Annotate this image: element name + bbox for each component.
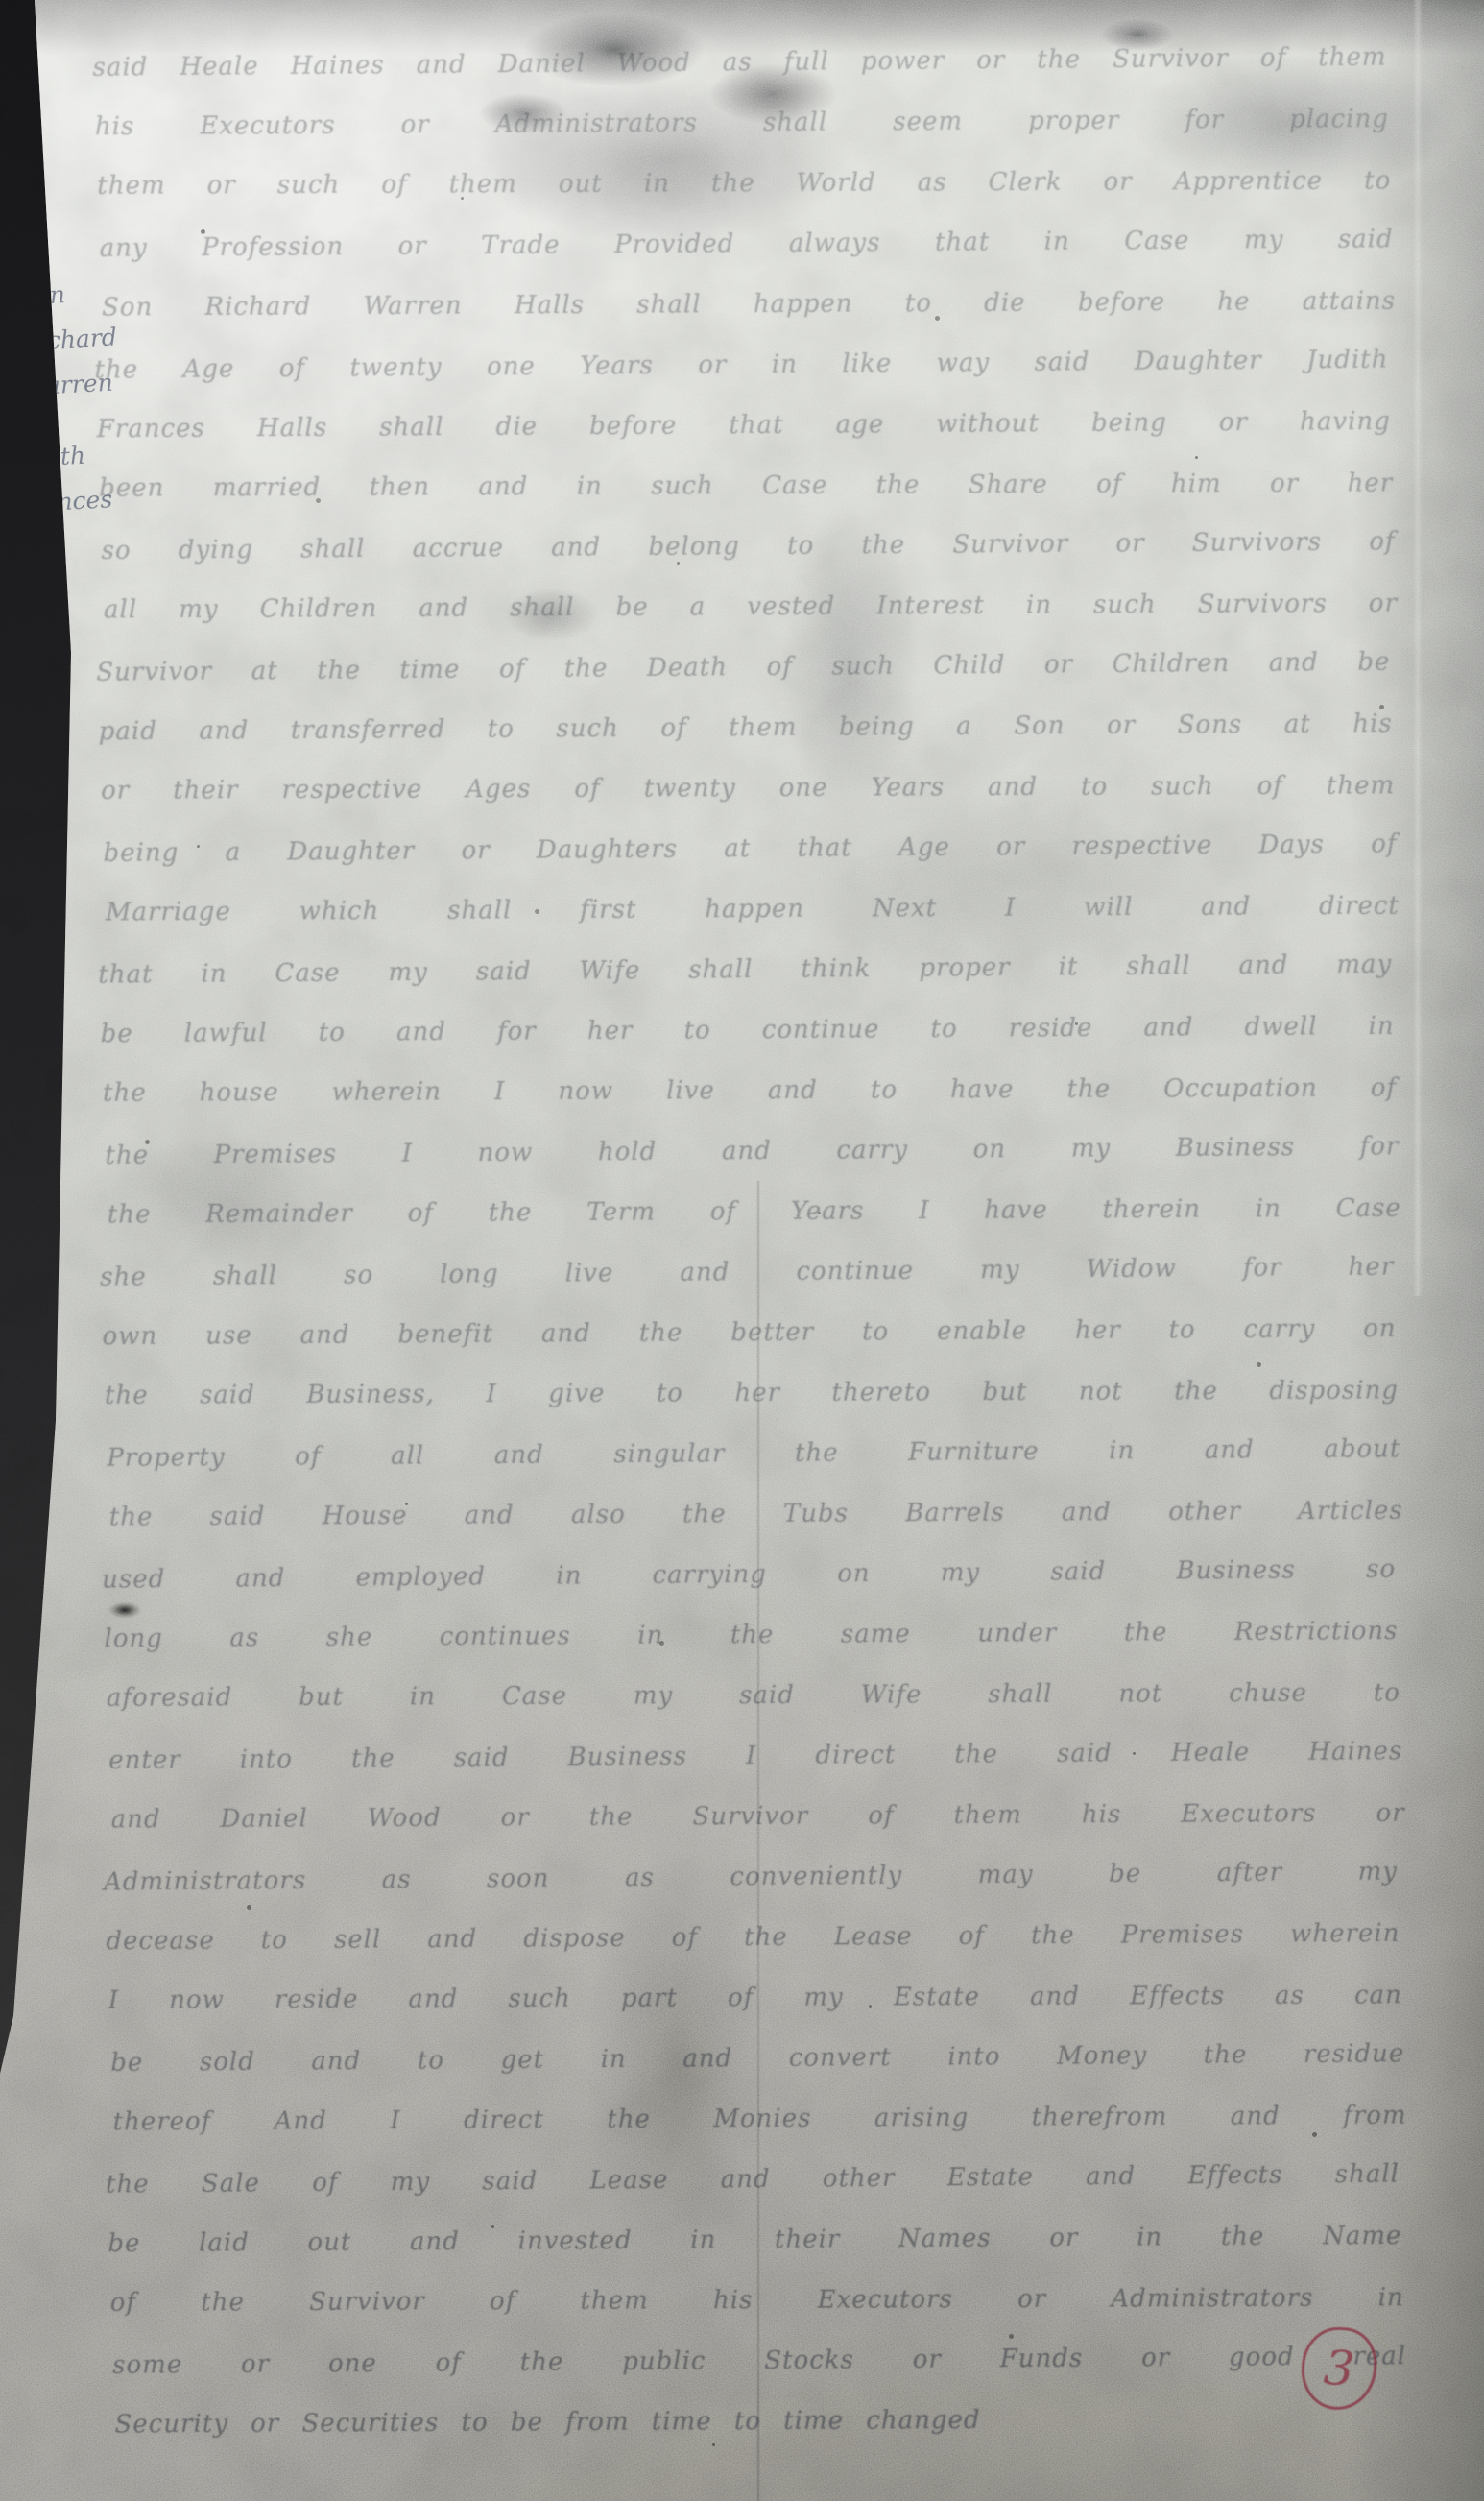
manuscript-line: the Age of twenty one Years or in like w… xyxy=(94,330,1388,401)
manuscript-line: Administrators as soon as conveniently m… xyxy=(104,1841,1398,1912)
manuscript-line: the house wherein I now live and to have… xyxy=(103,1058,1397,1123)
manuscript-line: being a Daughter or Daughters at that Ag… xyxy=(103,814,1397,884)
manuscript-line: been married then and in such Case the S… xyxy=(99,453,1393,518)
manuscript-line: paid and transferred to such of them bei… xyxy=(99,694,1393,762)
manuscript-line: be laid out and invested in their Names … xyxy=(108,2206,1401,2274)
manuscript-line: decease to sell and dispose of the Lease… xyxy=(106,1904,1400,1972)
manuscript-text: said Heale Haines and Daniel Wood as ful… xyxy=(96,29,1404,2456)
manuscript-line: the Premises I now hold and carry on my … xyxy=(105,1117,1399,1187)
manuscript-line: Survivor at the time of the Death of suc… xyxy=(96,633,1390,704)
paper-crease-right xyxy=(1413,0,1423,1296)
manuscript-line: and Daniel Wood or the Survivor of them … xyxy=(111,1784,1405,1851)
manuscript-line: so dying shall accrue and belong to the … xyxy=(101,512,1395,582)
margin-note: SonRichardWarren xyxy=(17,269,120,409)
manuscript-line: thereof And I direct the Monies arising … xyxy=(112,2086,1406,2153)
manuscript-line: said Heale Haines and Daniel Wood as ful… xyxy=(92,28,1386,99)
manuscript-line: Frances Halls shall die before that age … xyxy=(97,392,1391,460)
manuscript-line: long as she continues in the same under … xyxy=(104,1601,1398,1670)
manuscript-line: Security or Securities to be from time t… xyxy=(114,2389,1408,2456)
manuscript-line: them or such of them out in the World as… xyxy=(97,151,1391,216)
manuscript-line: any Profession or Trade Provided always … xyxy=(99,209,1393,279)
manuscript-page: said Heale Haines and Daniel Wood as ful… xyxy=(0,0,1484,2501)
photograph-of-manuscript: said Heale Haines and Daniel Wood as ful… xyxy=(0,0,1484,2501)
margin-note-line: Richard xyxy=(20,314,118,364)
manuscript-line: Marriage which shall first happen Next I… xyxy=(106,877,1400,944)
manuscript-line: the said House and also the Tubs Barrels… xyxy=(109,1481,1403,1549)
manuscript-line: she shall so long live and continue my W… xyxy=(100,1237,1394,1308)
page-number: 3 xyxy=(1322,2340,1356,2397)
manuscript-line: Son Richard Warren Halls shall happen to… xyxy=(102,272,1396,339)
manuscript-line: some or one of the public Stocks or Fund… xyxy=(112,2326,1406,2396)
manuscript-line: of the Survivor of them his Executors or… xyxy=(110,2268,1404,2333)
manuscript-line: be sold and to get in and convert into M… xyxy=(110,2024,1404,2094)
manuscript-line: enter into the said Business I direct th… xyxy=(108,1721,1402,1792)
manuscript-line: his Executors or Administrators shall se… xyxy=(95,89,1389,157)
margin-note-line: Judith xyxy=(12,431,111,481)
manuscript-line: used and employed in carrying on my said… xyxy=(102,1539,1396,1610)
manuscript-line: aforesaid but in Case my said Wife shall… xyxy=(107,1663,1400,1728)
manuscript-line: all my Children and shall be a vested In… xyxy=(104,574,1398,641)
manuscript-line: the said Business, I give to her thereto… xyxy=(105,1360,1399,1426)
manuscript-line: or their respective Ages of twenty one Y… xyxy=(101,756,1395,821)
manuscript-line: I now reside and such part of my Estate … xyxy=(108,1965,1402,2031)
manuscript-line: the Sale of my said Lease and other Esta… xyxy=(106,2144,1400,2215)
ink-specks xyxy=(0,0,3,3)
margin-note-line: Son xyxy=(17,269,115,319)
manuscript-line: the Remainder of the Term of Years I hav… xyxy=(108,1179,1401,1246)
margin-note-line: Frances xyxy=(13,476,113,526)
margin-note-line: Warren xyxy=(22,359,120,409)
manuscript-line: Property of all and singular the Furnitu… xyxy=(107,1419,1400,1489)
margin-note: JudithFrances xyxy=(12,431,114,526)
manuscript-line: be lawful to and for her to continue to … xyxy=(100,997,1394,1065)
manuscript-line: own use and benefit and the better to en… xyxy=(102,1299,1396,1367)
manuscript-line: that in Case my said Wife shall think pr… xyxy=(98,935,1392,1006)
